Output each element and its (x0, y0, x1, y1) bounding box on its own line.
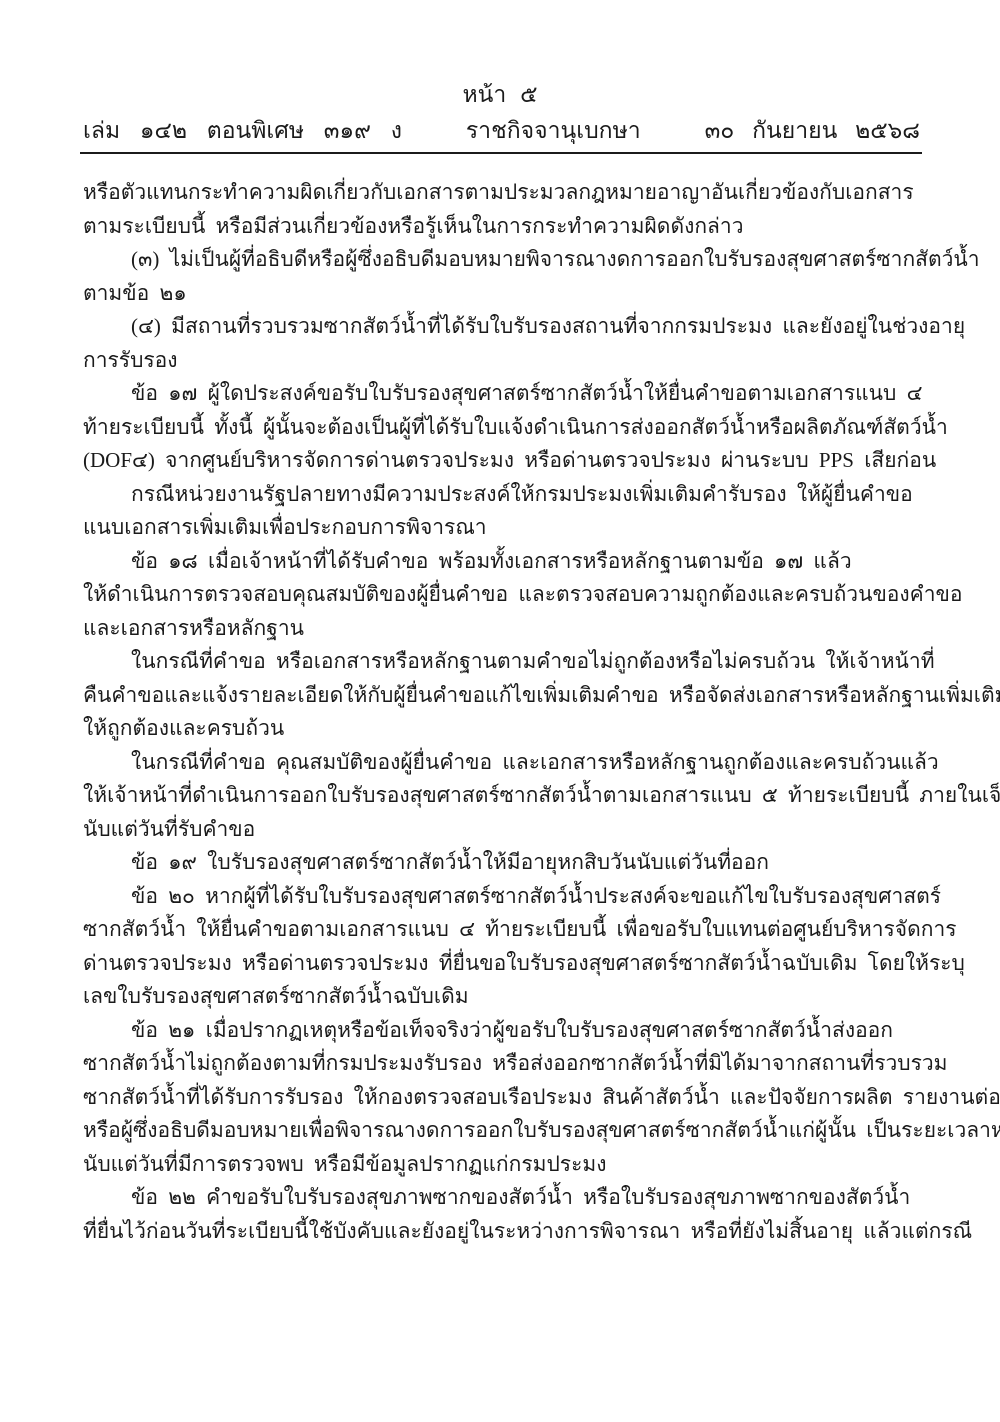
text-line: ในกรณีที่คำขอ คุณสมบัติของผู้ยื่นคำขอ แล… (83, 746, 938, 780)
document-page: หน้า ๕ เล่ม ๑๔๒ ตอนพิเศษ ๓๑๙ ง ราชกิจจาน… (0, 0, 1000, 1422)
gazette-name: ราชกิจจานุเบกษา (466, 118, 641, 144)
header-row: เล่ม ๑๔๒ ตอนพิเศษ ๓๑๙ ง ราชกิจจานุเบกษา … (83, 118, 920, 144)
text-line: (๔) มีสถานที่รวบรวมซากสัตว์น้ำที่ได้รับใ… (83, 310, 938, 344)
text-line: ข้อ ๑๘ เมื่อเจ้าหน้าที่ได้รับคำขอ พร้อมท… (83, 545, 938, 579)
text-line: ให้ถูกต้องและครบถ้วน (83, 712, 938, 746)
text-line: ซากสัตว์น้ำที่ได้รับการรับรอง ให้กองตรวจ… (83, 1081, 938, 1115)
text-line: ให้ดำเนินการตรวจสอบคุณสมบัติของผู้ยื่นคำ… (83, 578, 938, 612)
text-line: ข้อ ๒๐ หากผู้ที่ได้รับใบรับรองสุขศาสตร์ซ… (83, 880, 938, 914)
text-line: และเอกสารหรือหลักฐาน (83, 612, 938, 646)
text-line: (DOF๔) จากศูนย์บริหารจัดการด่านตรวจประมง… (83, 444, 938, 478)
text-line: นับแต่วันที่รับคำขอ (83, 813, 938, 847)
text-line: ด่านตรวจประมง หรือด่านตรวจประมง ที่ยื่นข… (83, 947, 938, 981)
text-line: (๓) ไม่เป็นผู้ที่อธิบดีหรือผู้ซึ่งอธิบดี… (83, 243, 938, 277)
document-body: หรือตัวแทนกระทำความผิดเกี่ยวกับเอกสารตาม… (83, 176, 938, 1248)
text-line: ซากสัตว์น้ำไม่ถูกต้องตามที่กรมประมงรับรอ… (83, 1047, 938, 1081)
text-line: ข้อ ๑๗ ผู้ใดประสงค์ขอรับใบรับรองสุขศาสตร… (83, 377, 938, 411)
text-line: ข้อ ๒๒ คำขอรับใบรับรองสุขภาพซากของสัตว์น… (83, 1181, 938, 1215)
text-line: ซากสัตว์น้ำ ให้ยื่นคำขอตามเอกสารแนบ ๔ ท้… (83, 913, 938, 947)
text-line: การรับรอง (83, 344, 938, 378)
gazette-header: หน้า ๕ เล่ม ๑๔๒ ตอนพิเศษ ๓๑๙ ง ราชกิจจาน… (0, 0, 1000, 154)
text-line: ท้ายระเบียบนี้ ทั้งนี้ ผู้นั้นจะต้องเป็น… (83, 411, 938, 445)
text-line: คืนคำขอและแจ้งรายละเอียดให้กับผู้ยื่นคำข… (83, 679, 938, 713)
text-line: ที่ยื่นไว้ก่อนวันที่ระเบียบนี้ใช้บังคับแ… (83, 1215, 938, 1249)
text-line: ให้เจ้าหน้าที่ดำเนินการออกใบรับรองสุขศาส… (83, 779, 938, 813)
publication-date: ๓๐ กันยายน ๒๕๖๘ (705, 118, 920, 144)
header-divider (80, 152, 922, 154)
page-number: หน้า ๕ (0, 82, 1000, 108)
text-line: ข้อ ๒๑ เมื่อปรากฏเหตุหรือข้อเท็จจริงว่าผ… (83, 1014, 938, 1048)
text-line: นับแต่วันที่มีการตรวจพบ หรือมีข้อมูลปราก… (83, 1148, 938, 1182)
text-line: แนบเอกสารเพิ่มเติมเพื่อประกอบการพิจารณา (83, 511, 938, 545)
text-line: หรือผู้ซึ่งอธิบดีมอบหมายเพื่อพิจารณางดกา… (83, 1114, 938, 1148)
text-line: กรณีหน่วยงานรัฐปลายทางมีความประสงค์ให้กร… (83, 478, 938, 512)
text-line: เลขใบรับรองสุขศาสตร์ซากสัตว์น้ำฉบับเดิม (83, 980, 938, 1014)
text-line: ข้อ ๑๙ ใบรับรองสุขศาสตร์ซากสัตว์น้ำให้มี… (83, 846, 938, 880)
text-line: หรือตัวแทนกระทำความผิดเกี่ยวกับเอกสารตาม… (83, 176, 938, 210)
text-line: ในกรณีที่คำขอ หรือเอกสารหรือหลักฐานตามคำ… (83, 645, 938, 679)
volume-issue: เล่ม ๑๔๒ ตอนพิเศษ ๓๑๙ ง (83, 118, 402, 144)
text-line: ตามระเบียบนี้ หรือมีส่วนเกี่ยวข้องหรือรู… (83, 210, 938, 244)
text-line: ตามข้อ ๒๑ (83, 277, 938, 311)
